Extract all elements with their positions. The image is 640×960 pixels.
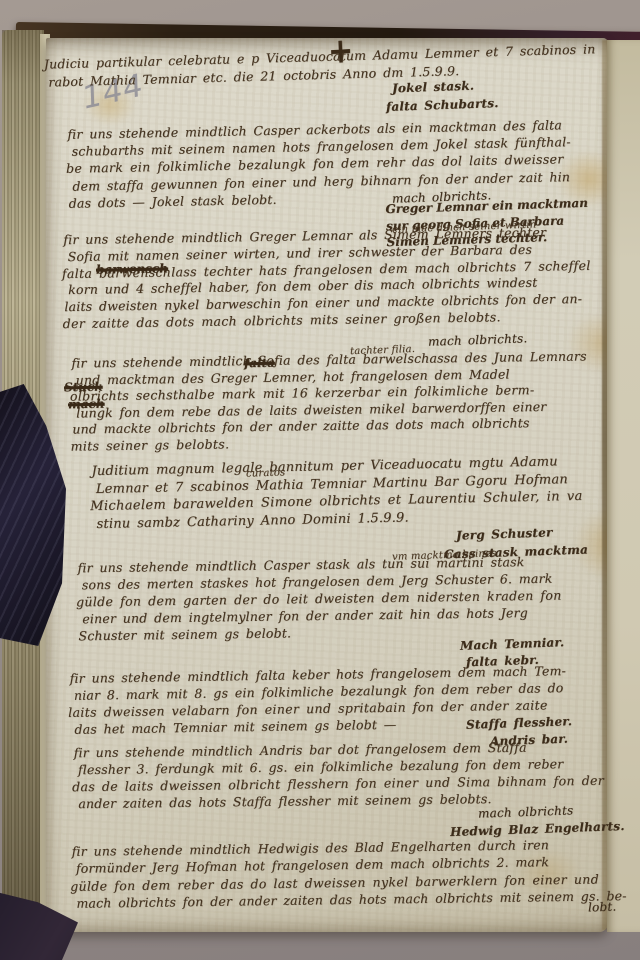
- entry-paragraph: fir uns stehende mindtlich Greger Lemnar…: [63, 224, 591, 333]
- struck-word: falta: [244, 356, 275, 371]
- entry-paragraph: fir uns stehende mindtlich Casper stask …: [77, 553, 562, 645]
- margin-note: mach olbrichts: [478, 803, 574, 820]
- struck-word: Stuck: [64, 380, 103, 395]
- margin-name: Jerg Schuster: [456, 525, 553, 542]
- hyphenated-word-tail: lobt.: [588, 900, 617, 915]
- header-name: falta Schubarts.: [386, 96, 499, 114]
- margin-note: mach olbrichts.: [428, 331, 528, 348]
- entry-paragraph: fir uns stehende mindtlich Sofia des fal…: [71, 348, 588, 455]
- header-name: Jokel stask.: [392, 79, 475, 96]
- entry-paragraph: fir uns stehende mindtlich Hedwigis des …: [72, 835, 627, 912]
- struck-word: mach: [68, 397, 105, 412]
- entry-paragraph: fir uns stehende mindtlich Andris bar do…: [74, 738, 605, 812]
- manuscript-photo: 144 + Judiciu partikular celebratu e p V…: [0, 0, 640, 960]
- latin-judicium-block: Juditium magnum legale bannitum per Vice…: [91, 453, 583, 534]
- margin-name: Mach Temniar.: [460, 635, 565, 653]
- ink-layer: 144 + Judiciu partikular celebratu e p V…: [0, 0, 640, 960]
- header-block: Judiciu partikular celebratu e p Viceadu…: [44, 40, 597, 90]
- struck-word: barwensch: [96, 261, 168, 276]
